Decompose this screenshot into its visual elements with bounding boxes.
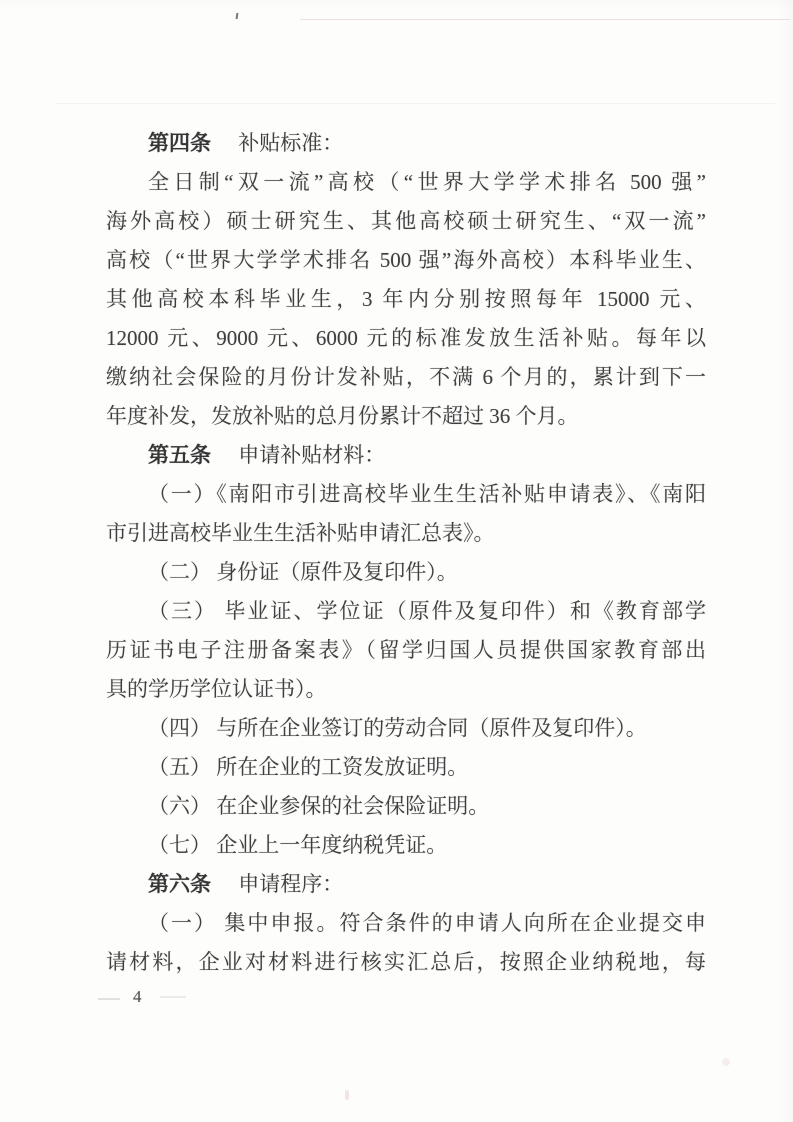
line-text: （五） 所在企业的工资发放证明。 [148,755,468,779]
text-line: 具的学历学位认证书）。 [106,670,706,709]
scan-speck [236,13,239,19]
scan-speck [722,1058,730,1066]
text-line: 其他高校本科毕业生，3 年内分别按照每年 15000 元、 [106,280,706,319]
line-text: 其他高校本科毕业生，3 年内分别按照每年 15000 元、 [106,287,706,311]
text-line: 第六条申请程序： [106,865,706,904]
line-text: 申请补贴材料： [238,443,385,467]
text-line: 12000 元、9000 元、6000 元的标准发放生活补贴。每年以 [106,319,706,358]
line-text: （六） 在企业参保的社会保险证明。 [148,794,489,818]
line-text: 请材料，企业对材料进行核实汇总后，按照企业纳税地，每 [106,950,706,974]
line-text: （七） 企业上一年度纳税凭证。 [148,833,447,857]
text-line: （一）《南阳市引进高校毕业生生活补贴申请表》、《南阳 [106,475,706,514]
line-text: （一） 集中申报。符合条件的申请人向所在企业提交申 [148,911,706,935]
text-line: 第五条申请补贴材料： [106,436,706,475]
article-number: 第五条 [148,443,211,467]
scan-artifact-line [55,103,775,104]
text-line: 高校（“世界大学学术排名 500 强”海外高校）本科毕业生、 [106,241,706,280]
text-line: （五） 所在企业的工资发放证明。 [106,748,706,787]
line-text: 缴纳社会保险的月份计发补贴，不满 6 个月的，累计到下一 [106,365,706,389]
line-text: 12000 元、9000 元、6000 元的标准发放生活补贴。每年以 [106,326,706,350]
text-line: 历证书电子注册备案表》（留学归国人员提供国家教育部出 [106,631,706,670]
text-line: 第四条补贴标准： [106,124,706,163]
text-line: 市引进高校毕业生生活补贴申请汇总表》。 [106,514,706,553]
scanned-document-page: 第四条补贴标准： 全日制“双一流”高校（“世界大学学术排名 500 强” 海外高… [0,0,793,1122]
text-line: 年度补发，发放补贴的总月份累计不超过 36 个月。 [106,397,706,436]
line-text: 海外高校）硕士研究生、其他高校硕士研究生、“双一流” [106,209,706,233]
line-text: 历证书电子注册备案表》（留学归国人员提供国家教育部出 [106,638,706,662]
line-text: 全日制“双一流”高校（“世界大学学术排名 500 强” [148,170,706,194]
text-line: （三） 毕业证、学位证（原件及复印件）和《教育部学 [106,592,706,631]
line-text: 具的学历学位认证书）。 [106,677,327,701]
text-line: （七） 企业上一年度纳税凭证。 [106,826,706,865]
line-text: （三） 毕业证、学位证（原件及复印件）和《教育部学 [148,599,706,623]
text-line: 全日制“双一流”高校（“世界大学学术排名 500 强” [106,163,706,202]
text-line: （四） 与所在企业签订的劳动合同（原件及复印件）。 [106,709,706,748]
text-line: 缴纳社会保险的月份计发补贴，不满 6 个月的，累计到下一 [106,358,706,397]
line-text: 高校（“世界大学学术排名 500 强”海外高校）本科毕业生、 [106,248,706,272]
scan-smudge [98,998,120,1000]
line-text: 年度补发，发放补贴的总月份累计不超过 36 个月。 [106,404,579,428]
line-text: （二） 身份证（原件及复印件）。 [148,560,458,584]
line-text: 补贴标准： [238,131,343,155]
text-line: （六） 在企业参保的社会保险证明。 [106,787,706,826]
text-line: （一） 集中申报。符合条件的申请人向所在企业提交申 [106,904,706,943]
text-line: 海外高校）硕士研究生、其他高校硕士研究生、“双一流” [106,202,706,241]
line-text: 市引进高校毕业生生活补贴申请汇总表》。 [106,521,495,545]
scan-smudge [160,996,186,998]
line-text: （四） 与所在企业签订的劳动合同（原件及复印件）。 [148,716,647,740]
document-body: 第四条补贴标准： 全日制“双一流”高校（“世界大学学术排名 500 强” 海外高… [106,124,706,982]
line-text: 申请程序： [238,872,343,896]
text-line: 请材料，企业对材料进行核实汇总后，按照企业纳税地，每 [106,943,706,982]
scan-speck [345,1090,349,1100]
article-number: 第六条 [148,872,211,896]
page-number: 4 [133,986,142,1008]
line-text: （一）《南阳市引进高校毕业生生活补贴申请表》、《南阳 [148,482,706,506]
article-number: 第四条 [148,131,211,155]
scan-artifact-line [300,19,790,20]
text-line: （二） 身份证（原件及复印件）。 [106,553,706,592]
